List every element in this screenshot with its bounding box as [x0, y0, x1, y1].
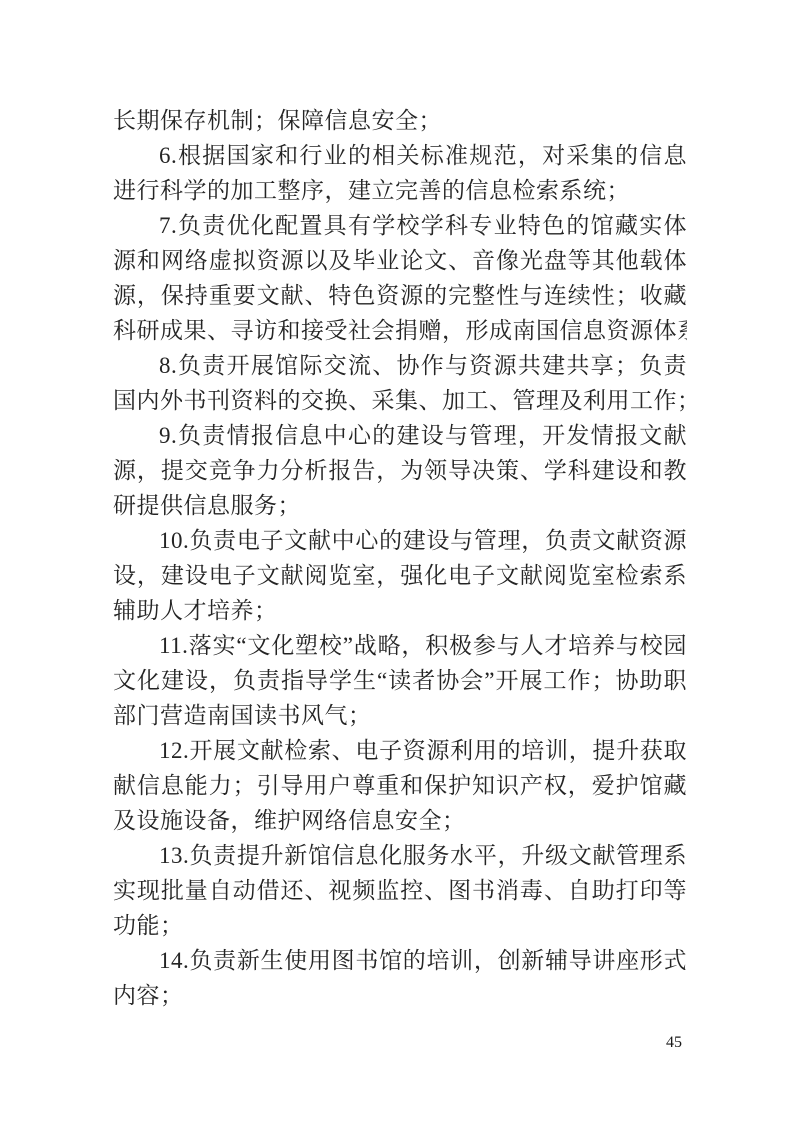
text-line: 研提供信息服务； — [113, 488, 687, 523]
text-line: 部门营造南国读书风气； — [113, 698, 687, 733]
text-line: 进行科学的加工整序，建立完善的信息检索系统； — [113, 173, 687, 208]
text-line: 11.落实“文化塑校”战略，积极参与人才培养与校园 — [113, 628, 687, 663]
text-line: 辅助人才培养； — [113, 593, 687, 628]
paragraph: 6.根据国家和行业的相关标准规范，对采集的信息资源进行科学的加工整序，建立完善的… — [113, 138, 687, 208]
text-line: 14.负责新生使用图书馆的培训，创新辅导讲座形式和 — [113, 943, 687, 978]
paragraph: 7.负责优化配置具有学校学科专业特色的馆藏实体资源和网络虚拟资源以及毕业论文、音… — [113, 208, 687, 348]
text-line: 源和网络虚拟资源以及毕业论文、音像光盘等其他载体资 — [113, 243, 687, 278]
text-line: 13.负责提升新馆信息化服务水平，升级文献管理系统， — [113, 838, 687, 873]
text-line: 及设施设备，维护网络信息安全； — [113, 803, 687, 838]
text-line: 7.负责优化配置具有学校学科专业特色的馆藏实体资 — [113, 208, 687, 243]
text-line: 内容； — [113, 978, 687, 1013]
text-line: 6.根据国家和行业的相关标准规范，对采集的信息资源 — [113, 138, 687, 173]
text-line: 文化建设，负责指导学生“读者协会”开展工作；协助职能 — [113, 663, 687, 698]
text-line: 12.开展文献检索、电子资源利用的培训，提升获取文 — [113, 733, 687, 768]
text-line: 10.负责电子文献中心的建设与管理，负责文献资源建 — [113, 523, 687, 558]
document-viewport: { "page": { "background_color": "#ffffff… — [0, 0, 799, 1131]
paragraph: 11.落实“文化塑校”战略，积极参与人才培养与校园文化建设，负责指导学生“读者协… — [113, 628, 687, 733]
paragraph: 12.开展文献检索、电子资源利用的培训，提升获取文献信息能力；引导用户尊重和保护… — [113, 733, 687, 838]
paragraph: 14.负责新生使用图书馆的培训，创新辅导讲座形式和内容； — [113, 943, 687, 1013]
text-line: 长期保存机制；保障信息安全； — [113, 103, 687, 138]
document-body: 长期保存机制；保障信息安全；6.根据国家和行业的相关标准规范，对采集的信息资源进… — [113, 103, 687, 1013]
text-line: 国内外书刊资料的交换、采集、加工、管理及利用工作； — [113, 383, 687, 418]
text-line: 源，保持重要文献、特色资源的完整性与连续性；收藏教学 — [113, 278, 687, 313]
text-line: 功能； — [113, 908, 687, 943]
text-line: 献信息能力；引导用户尊重和保护知识产权，爱护馆藏文献 — [113, 768, 687, 803]
text-line: 实现批量自动借还、视频监控、图书消毒、自助打印等服务 — [113, 873, 687, 908]
text-line: 8.负责开展馆际交流、协作与资源共建共享；负责开展 — [113, 348, 687, 383]
page-number: 45 — [656, 1032, 692, 1054]
text-line: 设，建设电子文献阅览室，强化电子文献阅览室检索系统， — [113, 558, 687, 593]
text-line: 源，提交竞争力分析报告，为领导决策、学科建设和教学科 — [113, 453, 687, 488]
paragraph: 8.负责开展馆际交流、协作与资源共建共享；负责开展国内外书刊资料的交换、采集、加… — [113, 348, 687, 418]
paragraph: 9.负责情报信息中心的建设与管理，开发情报文献资源，提交竞争力分析报告，为领导决… — [113, 418, 687, 523]
paragraph: 10.负责电子文献中心的建设与管理，负责文献资源建设，建设电子文献阅览室，强化电… — [113, 523, 687, 628]
document-sheet: 长期保存机制；保障信息安全；6.根据国家和行业的相关标准规范，对采集的信息资源进… — [0, 0, 799, 1131]
paragraph: 长期保存机制；保障信息安全； — [113, 103, 687, 138]
text-line: 科研成果、寻访和接受社会捐赠，形成南国信息资源体系； — [113, 313, 687, 348]
paragraph: 13.负责提升新馆信息化服务水平，升级文献管理系统，实现批量自动借还、视频监控、… — [113, 838, 687, 943]
text-line: 9.负责情报信息中心的建设与管理，开发情报文献资 — [113, 418, 687, 453]
